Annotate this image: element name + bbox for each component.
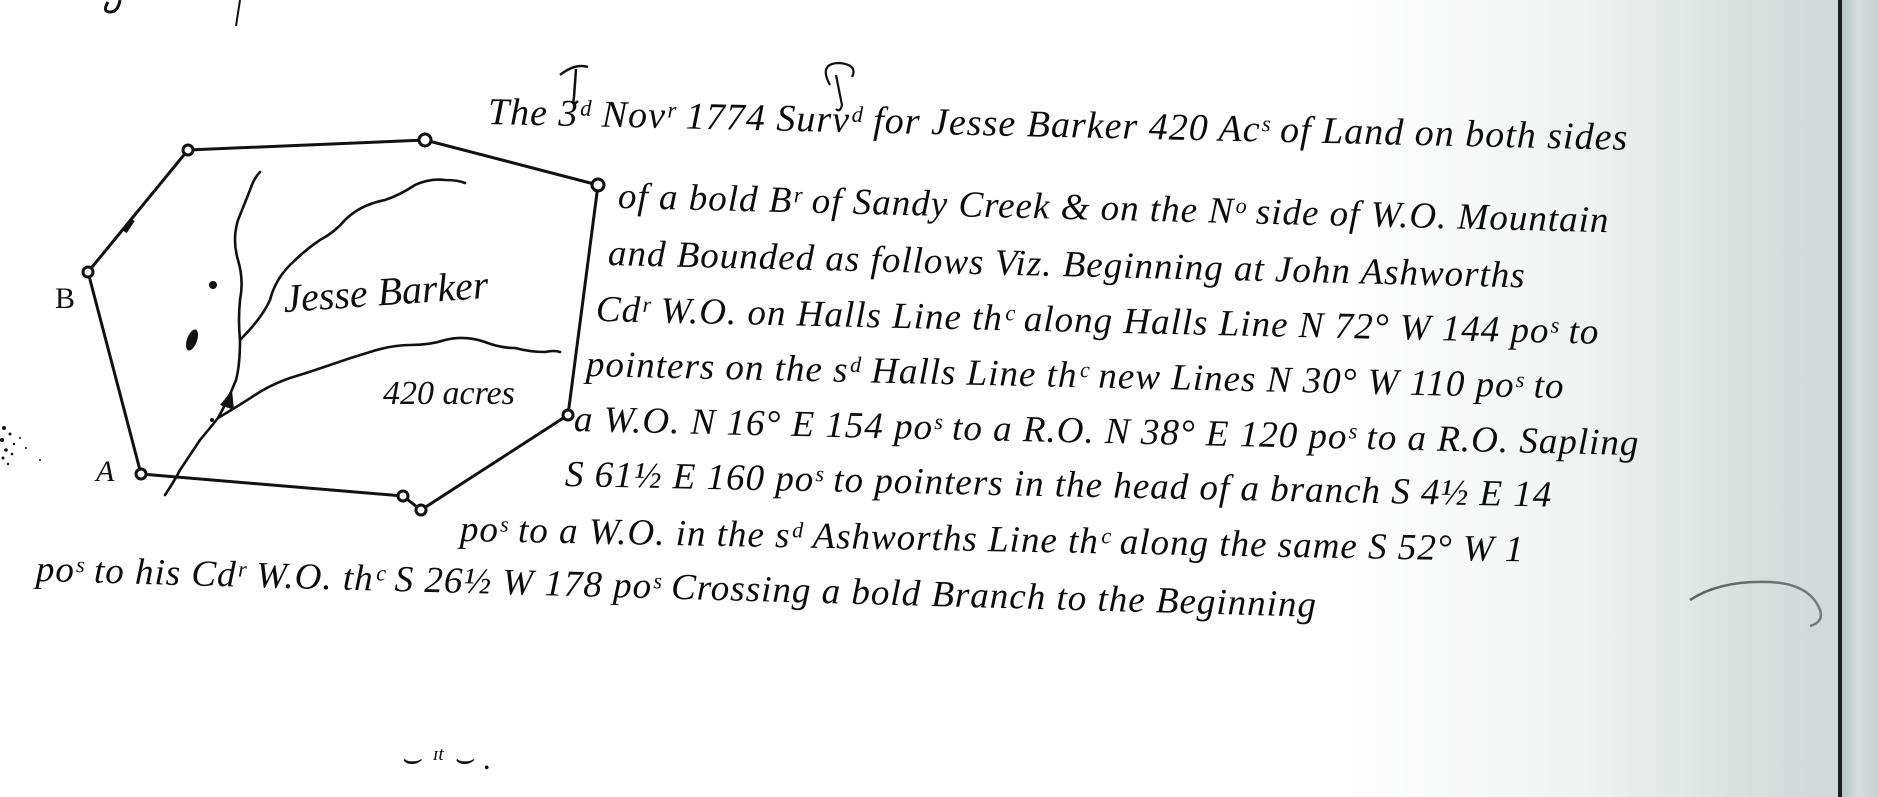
creek-lines [165,172,560,495]
corner-label-b: B [55,282,75,316]
boundary-line [88,140,598,510]
page-curve-shadow [1640,0,1840,797]
scanned-page: B A Jesse Barker 420 acres The 3ᵈ Novʳ 1… [0,0,1878,797]
corner-markers [83,134,604,515]
ink-blots [184,281,234,422]
book-binding-edge [1838,0,1878,797]
deed-line-2: of a bold Bʳ of Sandy Creek & on the Nᵒ … [617,175,1609,242]
next-entry-fragment: ⌣ ᶦᵗ ⌣ . [400,740,493,778]
plat-acreage-label: 420 acres [383,375,515,413]
closing-flourish [1680,560,1840,630]
corner-label-a: A [96,455,114,489]
